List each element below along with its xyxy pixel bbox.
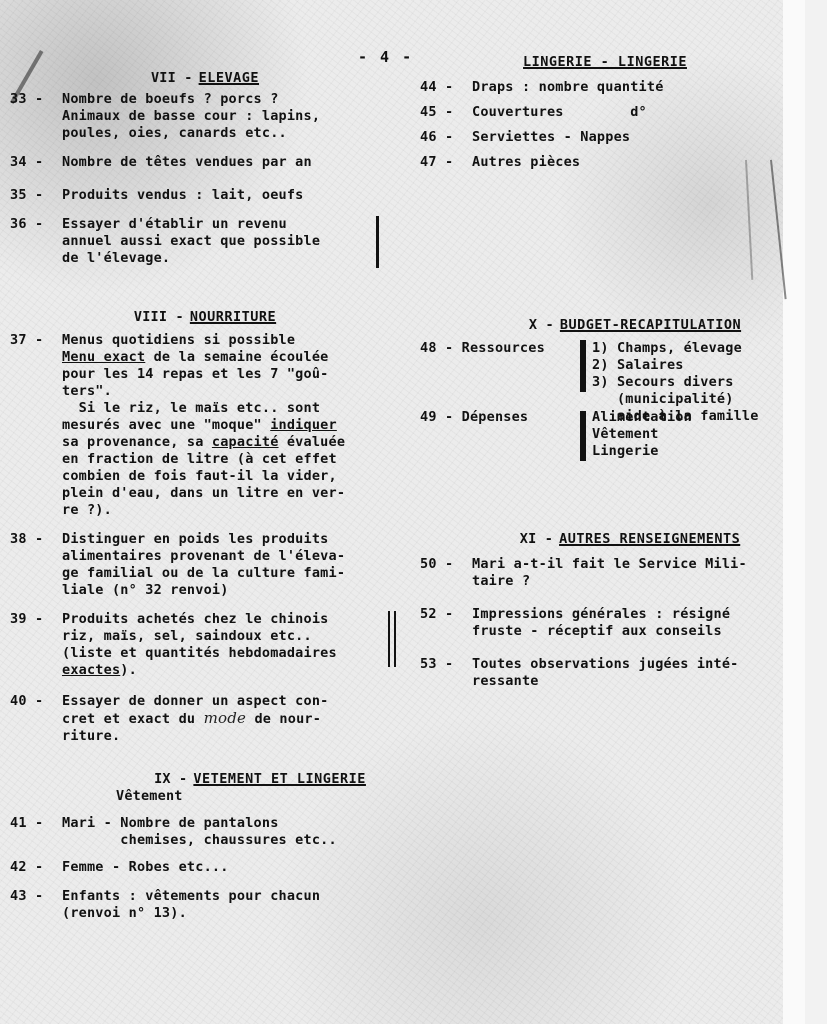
underlined-text: Menu exact xyxy=(62,349,145,365)
text-line: combien de fois faut-il la vider, xyxy=(62,468,337,484)
question-item: 35 - Produits vendus : lait, oeufs xyxy=(10,187,400,204)
question-number: 36 - xyxy=(10,216,62,267)
question-number: 49 - xyxy=(420,409,453,425)
section-title: VII -ELEVAGE xyxy=(10,70,400,87)
question-item: 37 - Menus quotidiens si possible Menu e… xyxy=(10,332,400,519)
question-number: 47 - xyxy=(420,154,472,171)
section-name: AUTRES RENSEIGNEMENTS xyxy=(559,531,740,547)
question-item: 46 - Serviettes - Nappes xyxy=(420,129,810,146)
text-line: Produits achetés chez le chinois riz, ma… xyxy=(62,611,337,661)
question-item: 43 - Enfants : vêtements pour chacun (re… xyxy=(10,888,400,922)
question-number: 48 - xyxy=(420,340,453,356)
question-number: 52 - xyxy=(420,606,472,640)
left-column: VII -ELEVAGE 33 - Nombre de boeufs ? por… xyxy=(10,70,400,922)
text-line: ters". xyxy=(62,383,112,399)
question-text: Draps : nombre quantité xyxy=(472,79,810,96)
section-vii: VII -ELEVAGE 33 - Nombre de boeufs ? por… xyxy=(10,70,400,267)
question-item: 50 - Mari a-t-il fait le Service Mili- t… xyxy=(420,556,810,590)
text-line: Si le riz, le maïs etc.. sont xyxy=(62,400,320,416)
underlined-text: indiquer xyxy=(270,417,337,433)
question-item: 39 - Produits achetés chez le chinois ri… xyxy=(10,611,400,679)
section-xi: XI -AUTRES RENSEIGNEMENTS 50 - Mari a-t-… xyxy=(420,531,810,690)
question-item: 38 - Distinguer en poids les produits al… xyxy=(10,531,400,599)
section-name: BUDGET-RECAPITULATION xyxy=(560,317,741,333)
text-line: ). xyxy=(120,662,137,678)
section-name: LINGERIE - LINGERIE xyxy=(523,54,687,70)
question-text: Dépenses xyxy=(462,409,529,425)
section-lingerie: LINGERIE - LINGERIE 44 - Draps : nombre … xyxy=(420,54,810,171)
page-number: - 4 - xyxy=(358,48,413,66)
question-text: Nombre de boeufs ? porcs ? Animaux de ba… xyxy=(62,91,400,142)
question-number: 33 - xyxy=(10,91,62,142)
section-number: VIII - xyxy=(134,309,184,325)
question-text: Enfants : vêtements pour chacun (renvoi … xyxy=(62,888,400,922)
section-viii: VIII -NOURRITURE 37 - Menus quotidiens s… xyxy=(10,309,400,745)
section-number: XI - xyxy=(520,531,553,547)
question-text: Mari a-t-il fait le Service Mili- taire … xyxy=(472,556,810,590)
question-item: 33 - Nombre de boeufs ? porcs ? Animaux … xyxy=(10,91,400,142)
section-number: VII - xyxy=(151,70,193,86)
budget-list: Alimentation Vêtement Lingerie xyxy=(592,409,692,461)
question-number: 46 - xyxy=(420,129,472,146)
section-name: ELEVAGE xyxy=(199,70,259,86)
question-item: 42 - Femme - Robes etc... xyxy=(10,859,400,876)
question-number: 39 - xyxy=(10,611,62,679)
section-ix: IX -VETEMENT ET LINGERIE Vêtement 41 - M… xyxy=(10,771,400,922)
question-number: 41 - xyxy=(10,815,62,849)
margin-mark xyxy=(394,611,396,667)
question-text: Distinguer en poids les produits aliment… xyxy=(62,531,400,599)
section-title: IX -VETEMENT ET LINGERIE xyxy=(10,771,400,788)
question-text: Nombre de têtes vendues par an xyxy=(62,154,400,171)
text-line: re ?). xyxy=(62,502,112,518)
question-number: 45 - xyxy=(420,104,472,121)
question-number: 50 - xyxy=(420,556,472,590)
question-number: 34 - xyxy=(10,154,62,171)
handwritten-annotation: mode xyxy=(204,709,247,727)
question-text: Essayer de donner un aspect con- cret et… xyxy=(62,693,400,745)
question-text: Impressions générales : résigné fruste -… xyxy=(472,606,810,640)
question-text: Couvertures d° xyxy=(472,104,810,121)
question-text: Produits achetés chez le chinois riz, ma… xyxy=(62,611,400,679)
question-number: 35 - xyxy=(10,187,62,204)
bracket-mark xyxy=(580,411,586,461)
question-item: 40 - Essayer de donner un aspect con- cr… xyxy=(10,693,400,745)
question-number: 42 - xyxy=(10,859,62,876)
section-title: LINGERIE - LINGERIE xyxy=(420,54,810,71)
question-item: 45 - Couvertures d° xyxy=(420,104,810,121)
text-line: mesurés avec une "moque" xyxy=(62,417,270,433)
section-number: X - xyxy=(529,317,554,333)
question-text: Serviettes - Nappes xyxy=(472,129,810,146)
question-item: 53 - Toutes observations jugées inté- re… xyxy=(420,656,810,690)
text-line: en fraction de litre (à cet effet xyxy=(62,451,337,467)
question-number: 53 - xyxy=(420,656,472,690)
subsection-label: Vêtement xyxy=(116,788,400,805)
margin-mark xyxy=(388,611,390,667)
underlined-text: exactes xyxy=(62,662,120,678)
section-title: XI -AUTRES RENSEIGNEMENTS xyxy=(420,531,810,548)
margin-mark xyxy=(376,216,379,268)
question-number: 38 - xyxy=(10,531,62,599)
section-x: X -BUDGET-RECAPITULATION 48 - Ressources… xyxy=(420,317,810,461)
question-text: Mari - Nombre de pantalons chemises, cha… xyxy=(62,815,400,849)
section-name: VETEMENT ET LINGERIE xyxy=(193,771,366,787)
question-number: 43 - xyxy=(10,888,62,922)
question-text: Essayer d'établir un revenu annuel aussi… xyxy=(62,216,400,267)
bracket-mark xyxy=(580,340,586,392)
question-number: 37 - xyxy=(10,332,62,519)
question-item: 52 - Impressions générales : résigné fru… xyxy=(420,606,810,640)
text-line: de la semaine écoulée xyxy=(145,349,328,365)
section-name: NOURRITURE xyxy=(190,309,276,325)
question-item: 36 - Essayer d'établir un revenu annuel … xyxy=(10,216,400,267)
question-number: 40 - xyxy=(10,693,62,745)
question-number: 44 - xyxy=(420,79,472,96)
question-text: Femme - Robes etc... xyxy=(62,859,400,876)
question-text: Produits vendus : lait, oeufs xyxy=(62,187,400,204)
text-line: Menus quotidiens si possible xyxy=(62,332,295,348)
right-column: LINGERIE - LINGERIE 44 - Draps : nombre … xyxy=(420,54,810,690)
question-text: Toutes observations jugées inté- ressant… xyxy=(472,656,810,690)
section-number: IX - xyxy=(154,771,187,787)
text-line: pour les 14 repas et les 7 "goû- xyxy=(62,366,329,382)
question-item: 41 - Mari - Nombre de pantalons chemises… xyxy=(10,815,400,849)
text-line: évaluée xyxy=(279,434,346,450)
section-title: X -BUDGET-RECAPITULATION xyxy=(420,317,810,334)
budget-label: 49 - Dépenses xyxy=(420,409,580,461)
question-item: 34 - Nombre de têtes vendues par an xyxy=(10,154,400,171)
text-line: sa provenance, sa xyxy=(62,434,212,450)
question-item: 47 - Autres pièces xyxy=(420,154,810,171)
question-item: 44 - Draps : nombre quantité xyxy=(420,79,810,96)
text-line: plein d'eau, dans un litre en ver- xyxy=(62,485,345,501)
underlined-text: capacité xyxy=(212,434,279,450)
question-text: Menus quotidiens si possible Menu exact … xyxy=(62,332,400,519)
section-title: VIII -NOURRITURE xyxy=(10,309,400,326)
scanned-page: - 4 - VII -ELEVAGE 33 - Nombre de boeufs… xyxy=(0,0,805,1024)
question-text: Ressources xyxy=(462,340,545,356)
question-text: Autres pièces xyxy=(472,154,810,171)
